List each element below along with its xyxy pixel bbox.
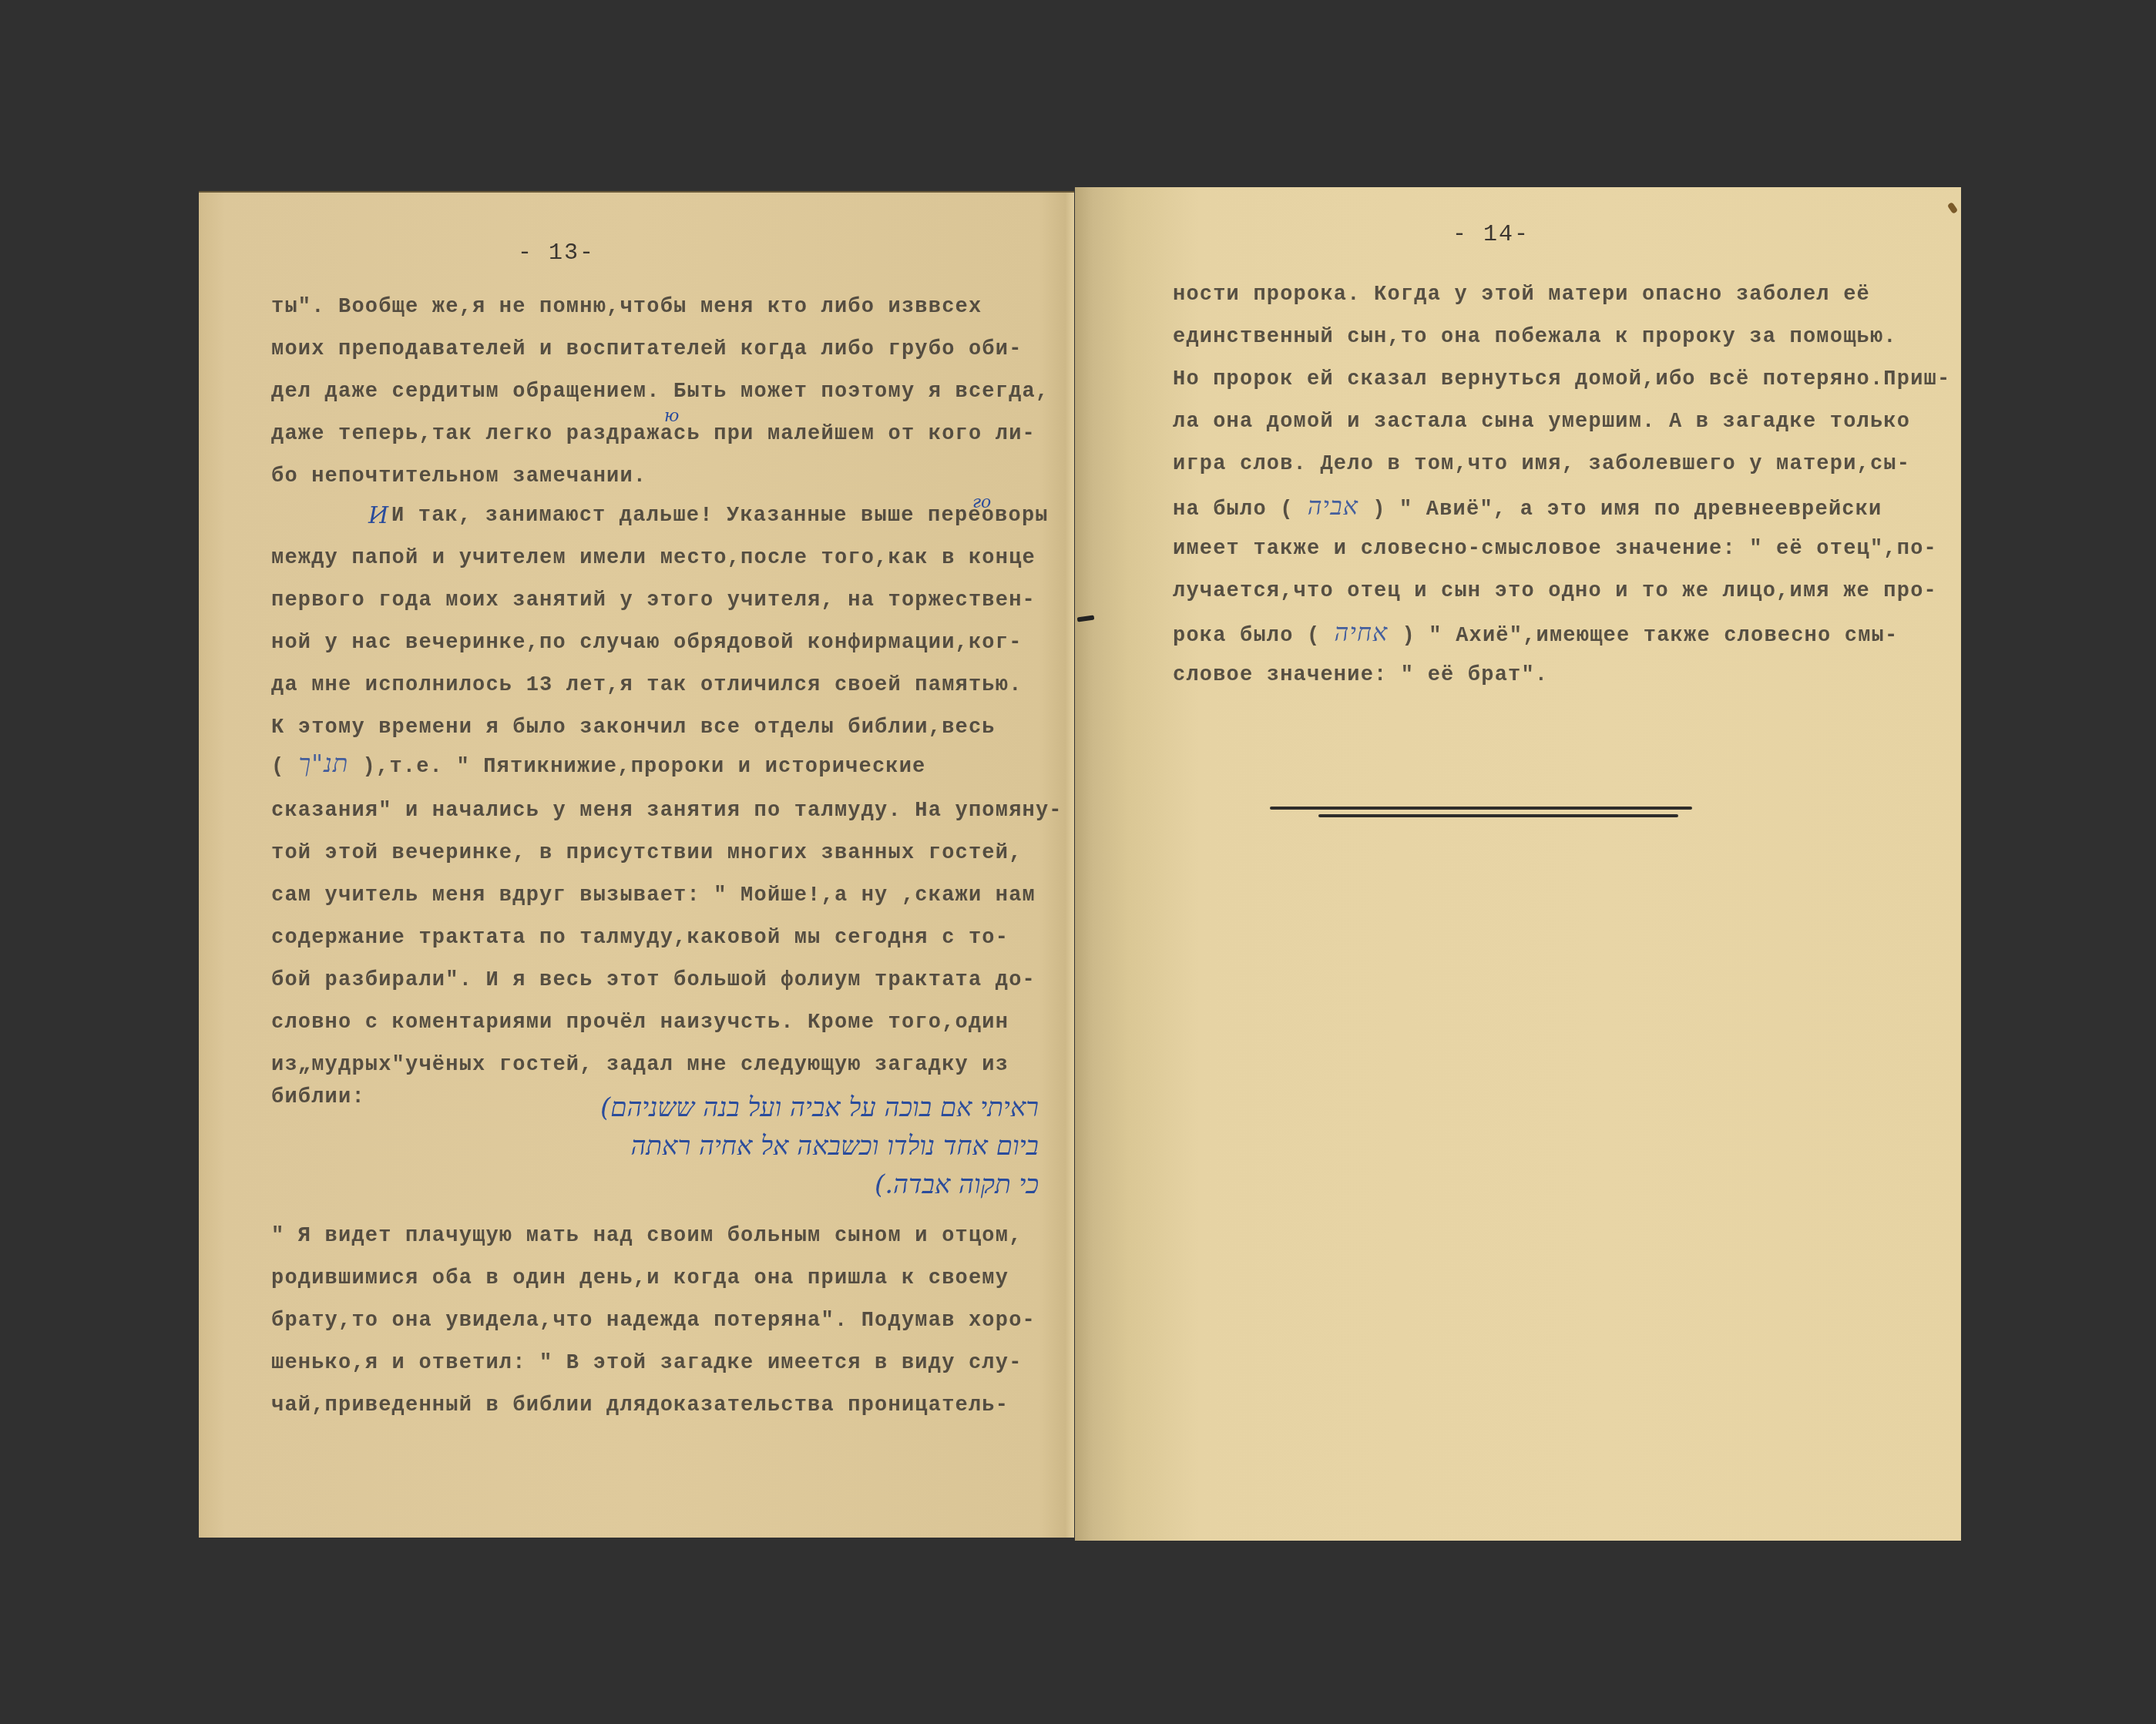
text-line: брату,то она увидела,что надежда потерян… bbox=[271, 1310, 1036, 1333]
text-line: ла она домой и застала сына умершим. А в… bbox=[1173, 411, 1910, 434]
page-number-14: - 14- bbox=[1452, 222, 1530, 248]
text-line: шенько,я и ответил: " В этой загадке име… bbox=[271, 1352, 1023, 1375]
handwritten-correction: го bbox=[972, 493, 991, 512]
text-line: содержание трактата по талмуду,каковой м… bbox=[271, 927, 1009, 950]
text-line: даже теперь,так легко раздражась при мал… bbox=[271, 423, 1036, 446]
text-line: (תנ"ך),т.е. " Пятикнижие,пророки и истор… bbox=[271, 749, 926, 779]
text-line: той этой вечеринке, в присутствии многих… bbox=[271, 842, 1023, 865]
text-line: дел даже сердитым обращением. Быть может… bbox=[271, 381, 1049, 404]
page-number-13: - 13- bbox=[518, 240, 595, 267]
handwritten-correction: И bbox=[368, 502, 388, 529]
text-line: библии: bbox=[271, 1086, 365, 1109]
text-line: бой разбирали". И я весь этот большой фо… bbox=[271, 969, 1036, 992]
text-line: между папой и учителем имели место,после… bbox=[271, 547, 1036, 570]
text-line: И так, занимаюст дальше! Указанные выше … bbox=[391, 505, 1049, 528]
text-line: К этому времени я было закончил все отде… bbox=[271, 716, 996, 740]
text-line: сам учитель меня вдруг вызывает: " Мойше… bbox=[271, 884, 1036, 907]
handwritten-riddle-line: ביום אחד נולדו וכשבאה אל אחיה ראתה bbox=[630, 1131, 1039, 1162]
text-line: ности пророка. Когда у этой матери опасн… bbox=[1173, 283, 1870, 307]
text-line: Но пророк ей сказал вернуться домой,ибо … bbox=[1173, 368, 1950, 391]
text-line: ты". Вообще же,я не помню,чтобы меня кто… bbox=[271, 296, 982, 319]
text-line: чай,приведенный в библии длядоказательст… bbox=[271, 1394, 1009, 1417]
end-rule-top bbox=[1270, 807, 1692, 810]
handwritten-hebrew-achiyah: אחיה bbox=[1320, 618, 1402, 647]
handwritten-hebrew-tanakh: תנ"ך bbox=[284, 749, 362, 778]
text-line: первого года моих занятий у этого учител… bbox=[271, 589, 1036, 612]
text-line: на было (אביה) " Авиё", а это имя по дре… bbox=[1173, 491, 1882, 522]
text-line: словно с коментариями прочёл наизучсть. … bbox=[271, 1011, 1009, 1035]
text-line: сказания" и начались у меня занятия по т… bbox=[271, 800, 1063, 823]
handwritten-riddle-line: כי תקוה אבדה.) bbox=[875, 1169, 1039, 1200]
handwritten-riddle-line: ראיתי אם בוכה על אביה ועל בנה ששניהם) bbox=[600, 1092, 1039, 1123]
end-rule-bottom bbox=[1318, 814, 1678, 817]
text-line: да мне исполнилось 13 лет,я так отличилс… bbox=[271, 674, 1023, 697]
text-line: единственный сын,то она побежала к проро… bbox=[1173, 326, 1897, 349]
text-line: лучается,что отец и сын это одно и то же… bbox=[1173, 580, 1937, 603]
text-line: из„мудрых"учёных гостей, задал мне следу… bbox=[271, 1054, 1009, 1077]
handwritten-hebrew-aviyah: אביה bbox=[1294, 491, 1373, 521]
text-line: родившимися оба в один день,и когда она … bbox=[271, 1267, 1009, 1290]
text-line: словое значение: " её брат". bbox=[1173, 664, 1548, 687]
text-line: ной у нас вечеринке,по случаю обрядовой … bbox=[271, 632, 1023, 655]
text-line: бо непочтительном замечании. bbox=[271, 465, 646, 488]
text-line: " Я видет плачущую мать над своим больны… bbox=[271, 1225, 1023, 1248]
text-line: игра слов. Дело в том,что имя, заболевше… bbox=[1173, 453, 1910, 476]
text-line: моих преподавателей и воспитателей когда… bbox=[271, 338, 1023, 361]
text-line: имеет также и словесно-смысловое значени… bbox=[1173, 538, 1937, 561]
text-line: рока было (אחיה) " Ахиё",имеющее также с… bbox=[1173, 618, 1898, 648]
